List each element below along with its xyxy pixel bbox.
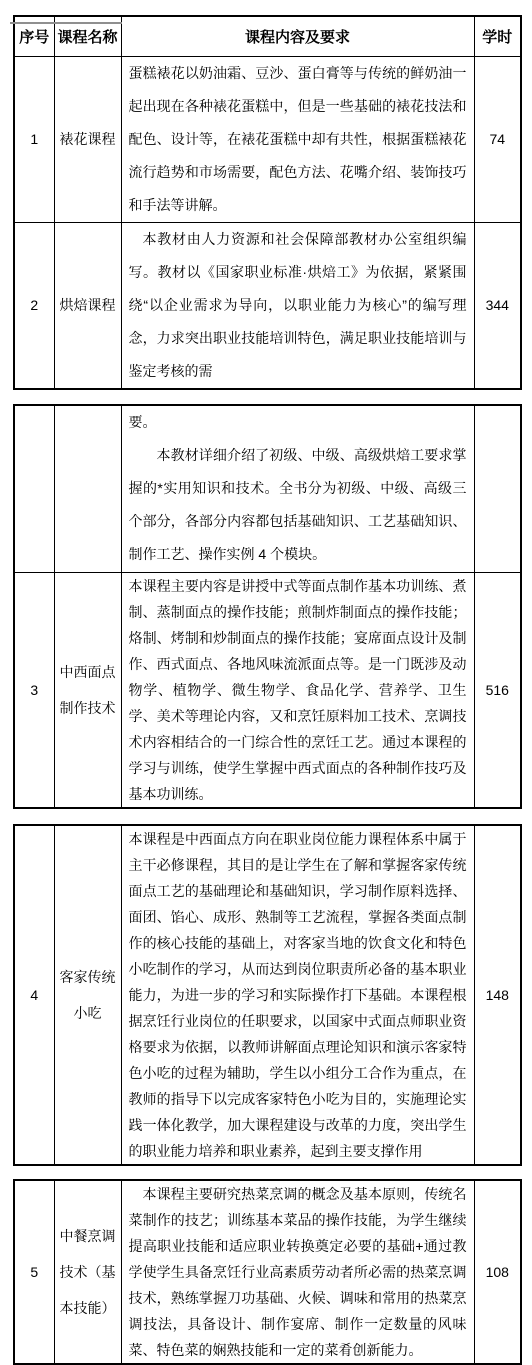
row-number-cell: 2 [14, 222, 54, 389]
hours-cell [474, 405, 521, 573]
course-content-cell: 蛋糕裱花以奶油霜、豆沙、蛋白膏等与传统的鲜奶油一起出现在各种裱花蛋糕中，但是一些… [121, 56, 474, 222]
hours-cell: 516 [474, 573, 521, 809]
row-number-cell: 5 [14, 1180, 54, 1364]
course-table-page-3: 4 客家传统小吃 本课程是中西面点方向在职业岗位能力课程体系中属于主干必修课程，… [13, 824, 522, 1166]
table-row: 2 烘焙课程 本教材由人力资源和社会保障部教材办公室组织编写。教材以《国家职业标… [14, 222, 521, 389]
course-content-text: 蛋糕裱花以奶油霜、豆沙、蛋白膏等与传统的鲜奶油一起出现在各种裱花蛋糕中，但是一些… [129, 57, 467, 222]
course-table-page-1: 序号 课程名称 课程内容及要求 学时 1 裱花课程 蛋糕裱花以奶油霜、豆沙、蛋白… [13, 15, 522, 390]
course-content-text: 本教材由人力资源和社会保障部教材办公室组织编写。教材以《国家职业标准·烘焙工》为… [129, 223, 467, 388]
course-name-cell: 客家传统小吃 [54, 825, 121, 1165]
row-number-cell: 1 [14, 56, 54, 222]
table-row: 4 客家传统小吃 本课程是中西面点方向在职业岗位能力课程体系中属于主干必修课程，… [14, 825, 521, 1165]
course-content-text: 要。 [129, 406, 467, 439]
document-page: { "table": { "headers": { "no": "序号", "n… [0, 15, 532, 1318]
course-table-page-4: 5 中餐烹调技术（基本技能） 本课程主要研究热菜烹调的概念及基本原则，传统名菜制… [13, 1179, 522, 1365]
header-cell-hours: 学时 [474, 16, 521, 56]
table-row: 3 中西面点制作技术 本课程主要内容是讲授中式等面点制作基本功训练、煮制、蒸制面… [14, 573, 521, 809]
course-content-cell: 本课程是中西面点方向在职业岗位能力课程体系中属于主干必修课程，其目的是让学生在了… [121, 825, 474, 1165]
course-name-cell: 中西面点制作技术 [54, 573, 121, 809]
row-number-cell: 3 [14, 573, 54, 809]
hours-cell: 108 [474, 1180, 521, 1364]
course-name-cell: 烘焙课程 [54, 222, 121, 389]
course-content-cell: 要。 本教材详细介绍了初级、中级、高级烘焙工要求掌握的*实用知识和技术。全书分为… [121, 405, 474, 573]
course-name-cell [54, 405, 121, 573]
row-number-cell: 4 [14, 825, 54, 1165]
page-break-artifact-line [10, 22, 122, 24]
header-cell-content: 课程内容及要求 [121, 16, 474, 56]
course-content-cell: 本教材由人力资源和社会保障部教材办公室组织编写。教材以《国家职业标准·烘焙工》为… [121, 222, 474, 389]
course-content-text: 本课程是中西面点方向在职业岗位能力课程体系中属于主干必修课程，其目的是让学生在了… [129, 826, 467, 1164]
course-content-text: 本课程主要研究热菜烹调的概念及基本原则，传统名菜制作的技艺；训练基本菜品的操作技… [129, 1181, 467, 1363]
course-table-page-2: 要。 本教材详细介绍了初级、中级、高级烘焙工要求掌握的*实用知识和技术。全书分为… [13, 404, 522, 810]
course-name-cell: 中餐烹调技术（基本技能） [54, 1180, 121, 1364]
table-row: 5 中餐烹调技术（基本技能） 本课程主要研究热菜烹调的概念及基本原则，传统名菜制… [14, 1180, 521, 1364]
table-row: 1 裱花课程 蛋糕裱花以奶油霜、豆沙、蛋白膏等与传统的鲜奶油一起出现在各种裱花蛋… [14, 56, 521, 222]
course-content-cell: 本课程主要内容是讲授中式等面点制作基本功训练、煮制、蒸制面点的操作技能；煎制炸制… [121, 573, 474, 809]
course-content-text: 本教材详细介绍了初级、中级、高级烘焙工要求掌握的*实用知识和技术。全书分为初级、… [129, 439, 467, 571]
row-number-cell [14, 405, 54, 573]
hours-cell: 148 [474, 825, 521, 1165]
course-content-text: 本课程主要内容是讲授中式等面点制作基本功训练、煮制、蒸制面点的操作技能；煎制炸制… [129, 573, 467, 807]
hours-cell: 344 [474, 222, 521, 389]
table-row-continuation: 要。 本教材详细介绍了初级、中级、高级烘焙工要求掌握的*实用知识和技术。全书分为… [14, 405, 521, 573]
course-name-cell: 裱花课程 [54, 56, 121, 222]
hours-cell: 74 [474, 56, 521, 222]
course-content-cell: 本课程主要研究热菜烹调的概念及基本原则，传统名菜制作的技艺；训练基本菜品的操作技… [121, 1180, 474, 1364]
